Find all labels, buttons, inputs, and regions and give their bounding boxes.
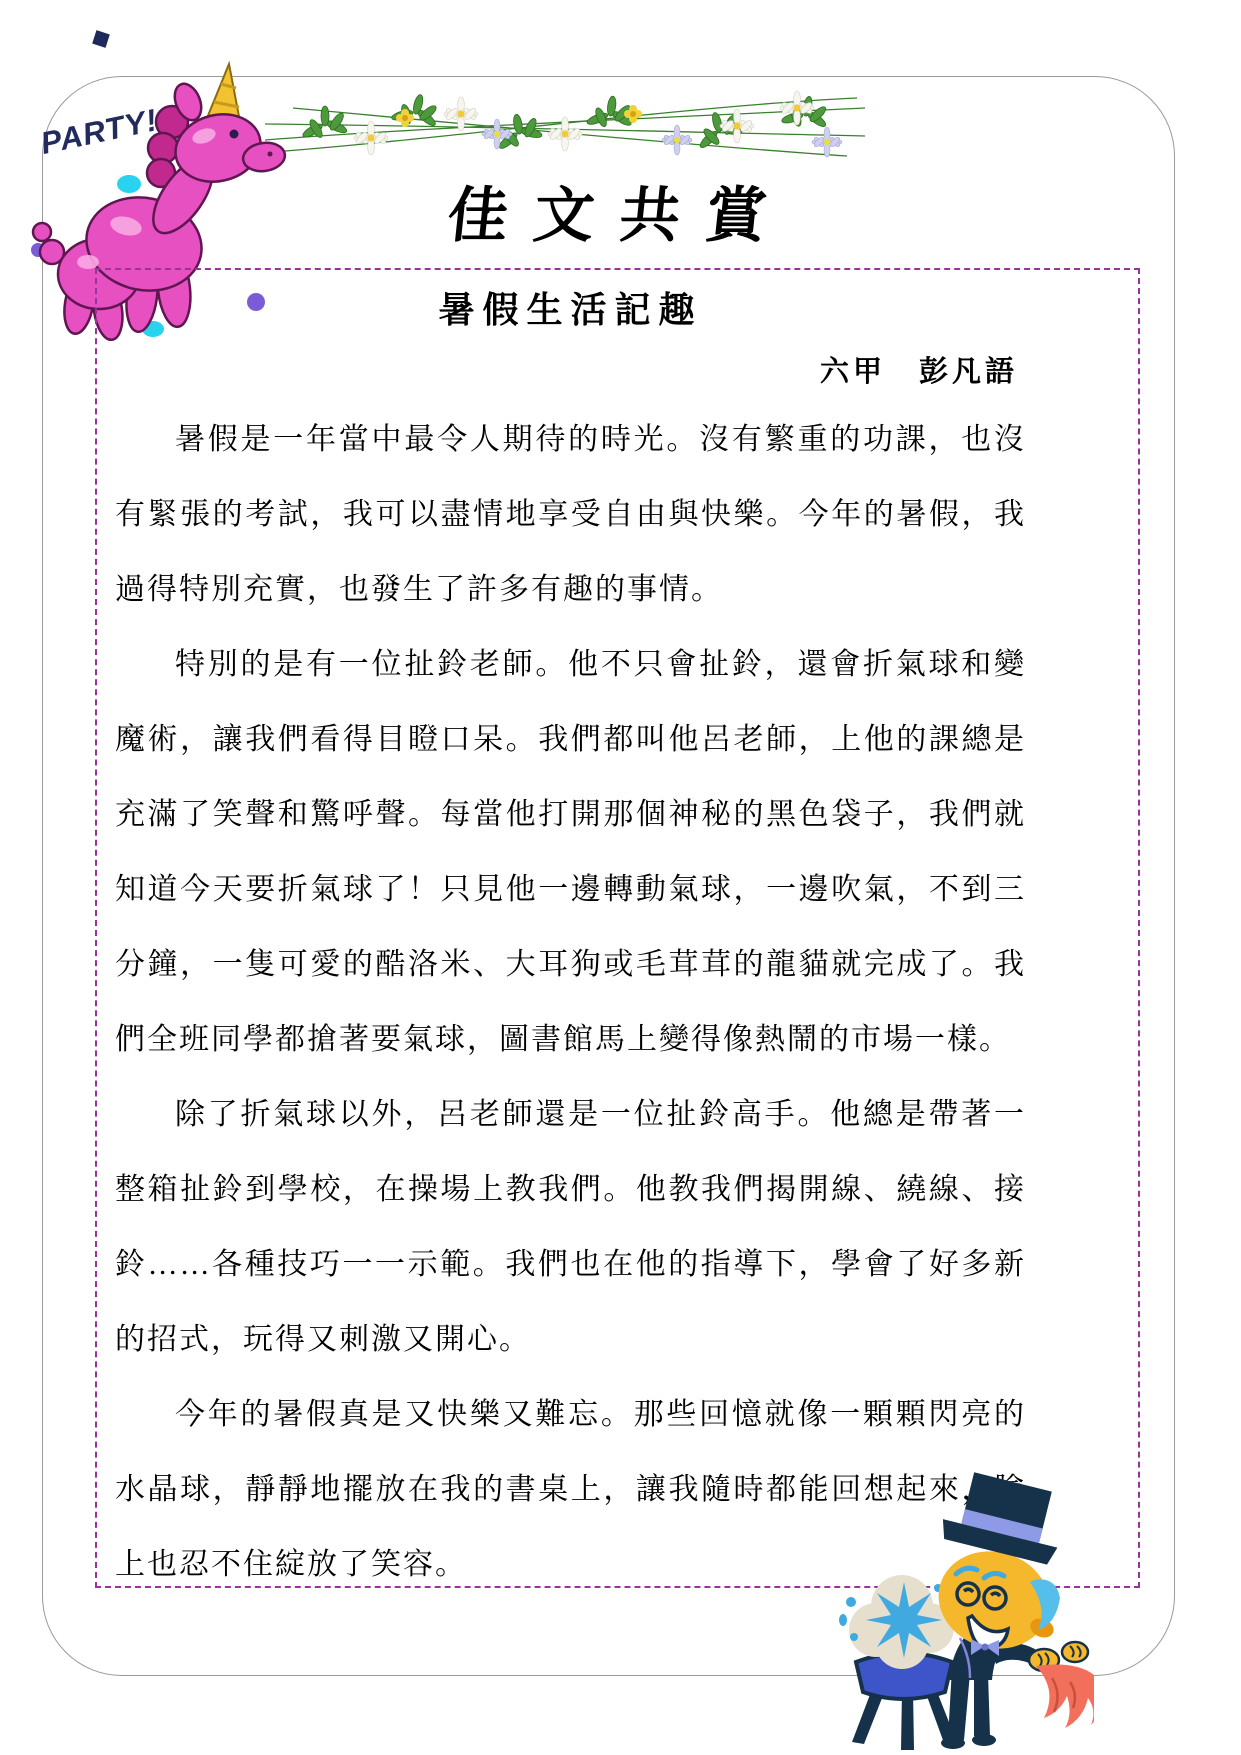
essay-paragraph-2: 特別的是有一位扯鈴老師。他不只會扯鈴，還會折氣球和變魔術，讓我們看得目瞪口呆。我… (115, 627, 1026, 1077)
page-title: 佳文共賞 (0, 168, 1241, 254)
essay-title: 暑假生活記趣 (115, 282, 1026, 333)
confetti-square (92, 30, 110, 48)
essay-box: 暑假生活記趣 六甲 彭凡語 暑假是一年當中最令人期待的時光。沒有繁重的功課，也沒… (95, 268, 1140, 1588)
essay-author: 六甲 彭凡語 (115, 349, 1026, 390)
handkerchief (1036, 1665, 1094, 1728)
magic-star (866, 1582, 942, 1658)
document-page: PARTY! 佳文共賞 暑假生活記趣 六甲 彭凡語 暑假是一年當中最令人期待的時… (0, 0, 1241, 1755)
flower-garland-illustration (265, 76, 865, 180)
magician-illustration (752, 1468, 1094, 1755)
top-hat (938, 1468, 1070, 1566)
essay-paragraph-1: 暑假是一年當中最令人期待的時光。沒有繁重的功課，也沒有緊張的考試，我可以盡情地享… (115, 402, 1026, 627)
essay-paragraph-3: 除了折氣球以外，呂老師還是一位扯鈴高手。他總是帶著一整箱扯鈴到學校，在操場上教我… (115, 1077, 1026, 1377)
essay-body: 暑假是一年當中最令人期待的時光。沒有繁重的功課，也沒有緊張的考試，我可以盡情地享… (115, 402, 1026, 1602)
